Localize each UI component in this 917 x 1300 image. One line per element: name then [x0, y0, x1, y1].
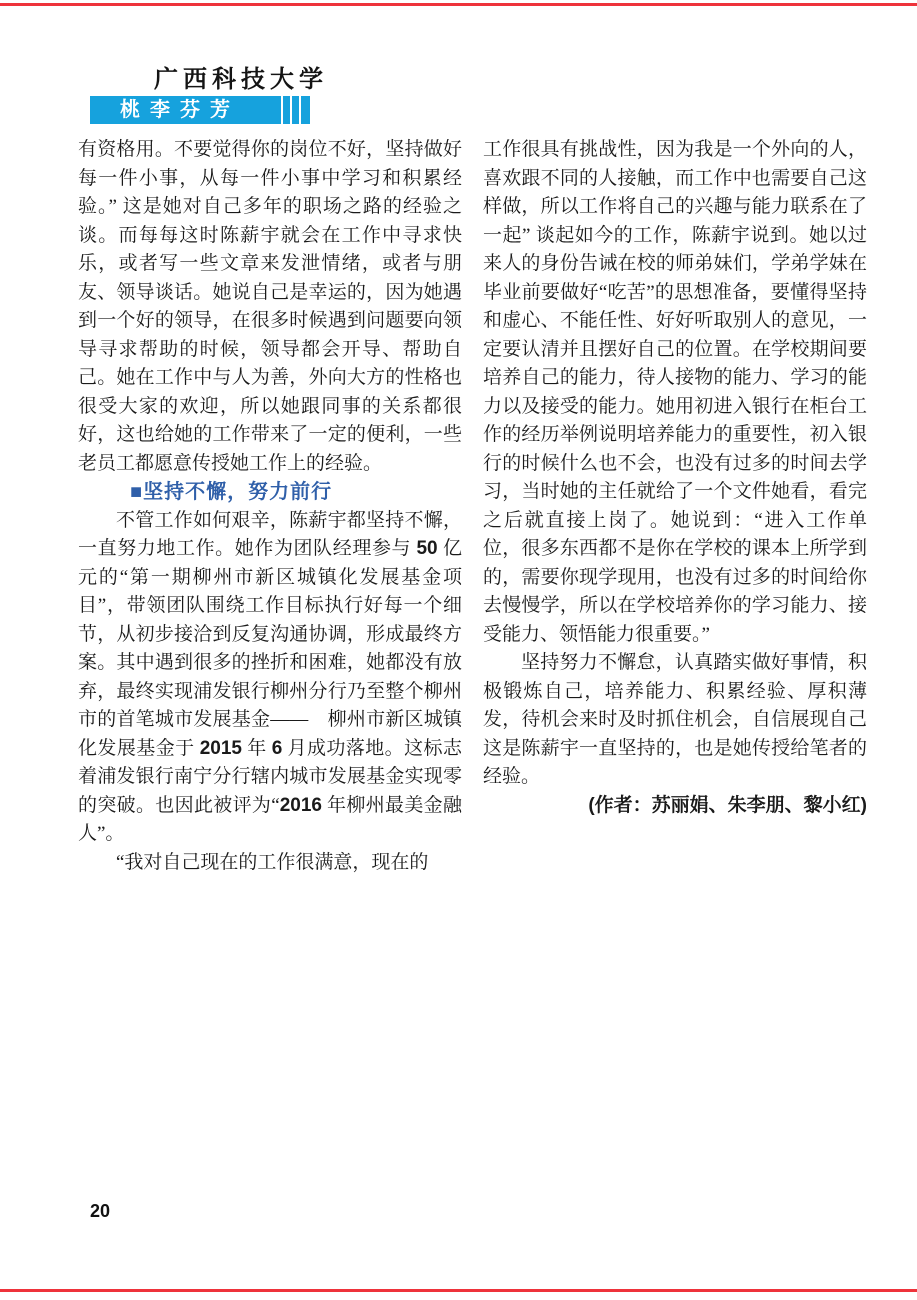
section-heading: ■坚持不懈，努力前行	[78, 478, 462, 507]
bottom-red-rule	[0, 1289, 917, 1292]
body-paragraph: 不管工作如何艰辛，陈薪宇都坚持不懈，一直努力地工作。她作为团队经理参与 50 亿…	[78, 507, 462, 849]
page-number: 20	[90, 1201, 110, 1222]
author-line: (作者：苏丽娟、朱李朋、黎小红)	[483, 792, 867, 821]
magazine-page: 广西科技大学 桃李芬芳 有资格用。不要觉得你的岗位不好，坚持做好每一件小事，从每…	[0, 0, 917, 1300]
body-paragraph: 工作很具有挑战性，因为我是一个外向的人，喜欢跟不同的人接触，而工作中也需要自己这…	[483, 136, 867, 649]
body-paragraph: “我对自己现在的工作很满意，现在的	[78, 849, 462, 878]
banner-divider	[290, 96, 292, 124]
university-title: 广西科技大学	[154, 59, 328, 94]
section-banner: 桃李芬芳	[90, 96, 310, 124]
banner-divider	[299, 96, 301, 124]
left-column: 有资格用。不要觉得你的岗位不好，坚持做好每一件小事，从每一件小事中学习和积累经验…	[78, 136, 462, 877]
body-paragraph: 有资格用。不要觉得你的岗位不好，坚持做好每一件小事，从每一件小事中学习和积累经验…	[78, 136, 462, 478]
right-column: 工作很具有挑战性，因为我是一个外向的人，喜欢跟不同的人接触，而工作中也需要自己这…	[483, 136, 867, 820]
top-red-rule	[0, 3, 917, 6]
body-paragraph: 坚持努力不懈怠，认真踏实做好事情，积极锻炼自己，培养能力、积累经验、厚积薄发，待…	[483, 649, 867, 792]
banner-title: 桃李芬芳	[120, 96, 240, 124]
banner-divider	[281, 96, 283, 124]
